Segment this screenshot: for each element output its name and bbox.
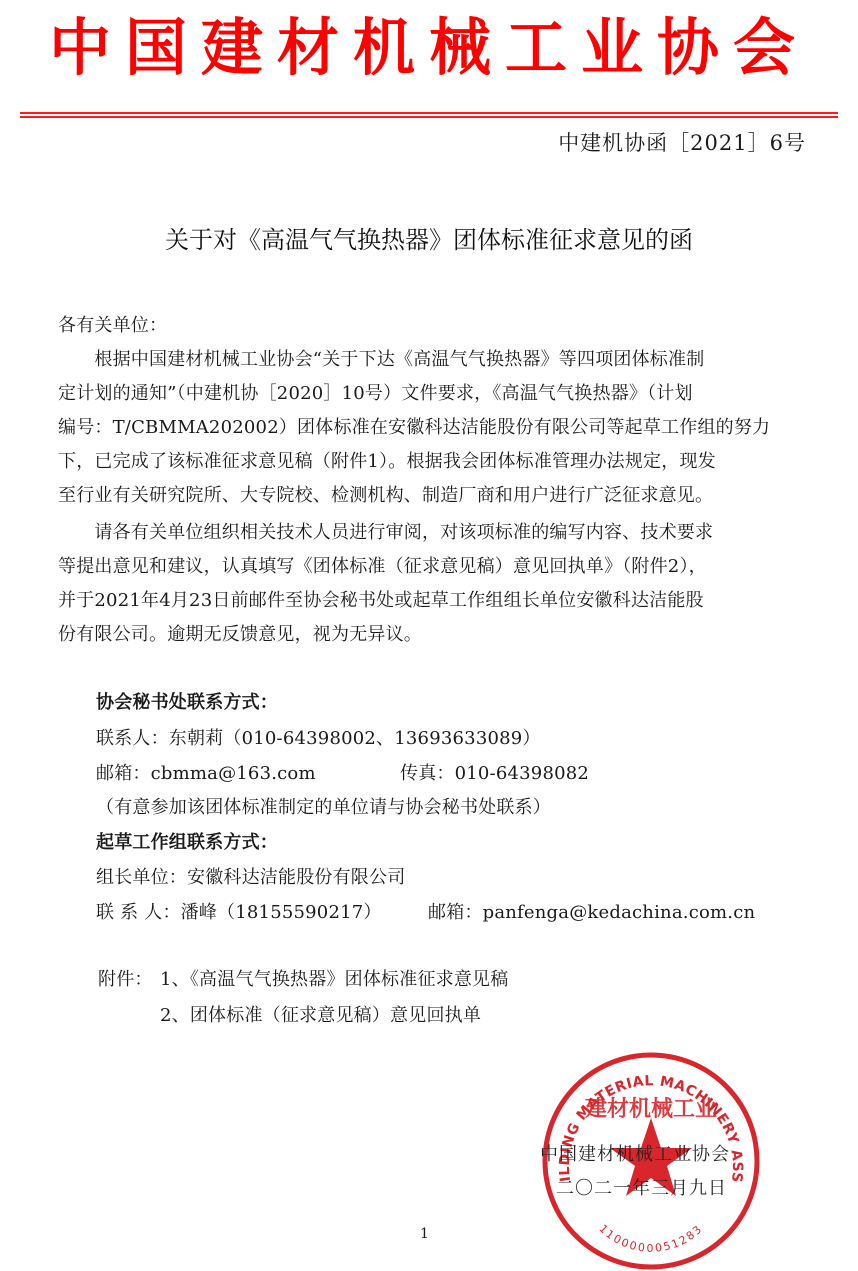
secretariat-contact-heading: 协会秘书处联系方式：	[96, 688, 278, 718]
signature-organization: 中国建材机械工业协会	[540, 1140, 730, 1170]
drafting-group-heading: 起草工作组联系方式：	[96, 828, 278, 858]
paragraph-line: 定计划的通知”（中建机协［2020］10号）文件要求，《高温气气换热器》（计划	[58, 379, 693, 409]
document-subject: 关于对《高温气气换热器》团体标准征求意见的函	[0, 222, 858, 258]
paragraph-line: 份有限公司。逾期无反馈意见，视为无异议。	[58, 620, 422, 650]
secretariat-note: （有意参加该团体标准制定的单位请与协会秘书处联系）	[96, 793, 551, 823]
svg-text:1100000051283: 1100000051283	[596, 1222, 705, 1255]
paragraph-line: 至行业有关研究院所、大专院校、检测机构、制造厂商和用户进行广泛征求意见。	[58, 481, 713, 511]
paragraph-line: 下，已完成了该标准征求意见稿（附件1）。根据我会团体标准管理办法规定，现发	[58, 447, 716, 477]
organization-letterhead: 中国建材机械工业协会	[0, 8, 858, 88]
paragraph-line: 编号：T/CBMMA202002）团体标准在安徽科达洁能股份有限公司等起草工作组…	[58, 413, 770, 443]
paragraph-line: 请各有关单位组织相关技术人员进行审阅，对该项标准的编写内容、技术要求	[58, 518, 713, 548]
document-number: 中建机协函［2021］6号	[558, 128, 806, 158]
paragraph-line: 等提出意见和建议，认真填写《团体标准（征求意见稿）意见回执单》（附件2），	[58, 552, 707, 582]
page-number: 1	[420, 1226, 429, 1242]
attachment-item: 2、团体标准（征求意见稿）意见回执单	[160, 1001, 481, 1031]
letterhead-rule-top	[20, 112, 838, 114]
attachments-label: 附件：	[98, 965, 153, 995]
drafting-group-contact-person: 联 系 人：潘峰（18155590217）	[96, 898, 382, 928]
secretariat-email: 邮箱：cbmma@163.com	[96, 759, 316, 789]
svg-text:建材机械工业: 建材机械工业	[585, 1096, 717, 1122]
secretariat-contact-person: 联系人：东朝莉（010-64398002、13693633089）	[96, 724, 541, 754]
letterhead-rule-bottom	[20, 116, 838, 118]
paragraph-line: 根据中国建材机械工业协会“关于下达《高温气气换热器》等四项团体标准制	[58, 345, 704, 375]
drafting-group-leader-unit: 组长单位：安徽科达洁能股份有限公司	[96, 863, 405, 893]
drafting-group-email: 邮箱：panfenga@kedachina.com.cn	[428, 898, 755, 928]
attachment-item: 1、《高温气气换热器》团体标准征求意见稿	[160, 965, 508, 995]
salutation: 各有关单位：	[58, 311, 167, 341]
secretariat-fax: 传真：010-64398082	[400, 759, 589, 789]
signature-date: 二〇二一年三月九日	[556, 1174, 727, 1204]
paragraph-line: 并于2021年4月23日前邮件至协会秘书处或起草工作组组长单位安徽科达洁能股	[58, 586, 704, 616]
